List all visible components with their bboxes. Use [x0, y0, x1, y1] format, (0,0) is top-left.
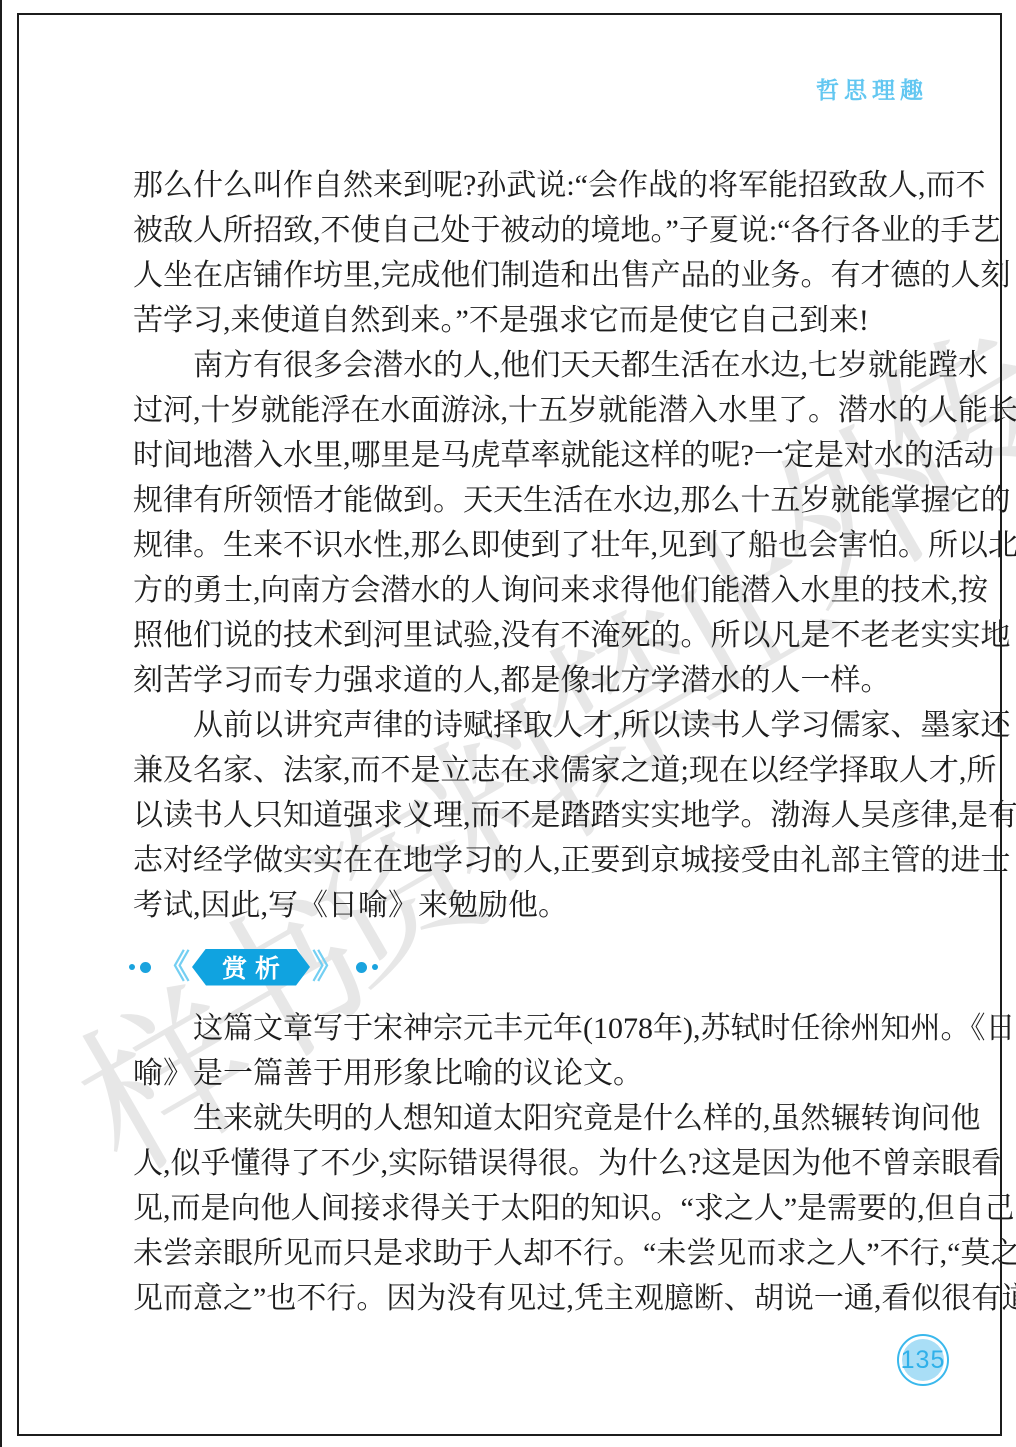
- text-line: 时间地潜入水里,哪里是马虎草率就能这样的呢?一定是对水的活动: [133, 433, 886, 478]
- right-chevron-icon: 》: [312, 949, 345, 985]
- text-line: 志对经学做实实在在地学习的人,正要到京城接受由礼部主管的进士: [133, 838, 886, 883]
- page-number-circle-fill: 135: [902, 1339, 944, 1381]
- text-line: 规律。生来不识水性,那么即使到了壮年,见到了船也会害怕。所以北: [133, 523, 886, 568]
- decor-dot-icon: [356, 962, 367, 973]
- text-line: 南方有很多会潜水的人,他们天天都生活在水边,七岁就能蹚水: [133, 343, 886, 388]
- text-line: 未尝亲眼所见而只是求助于人却不行。“未尝见而求之人”不行,“莫之: [133, 1231, 886, 1276]
- text-line: 刻苦学习而专力强求道的人,都是像北方学潜水的人一样。: [133, 658, 886, 703]
- text-line: 照他们说的技术到河里试验,没有不淹死的。所以凡是不老老实实地: [133, 613, 886, 658]
- text-line: 苦学习,来使道自然到来。”不是强求它而是使它自己到来!: [133, 298, 886, 343]
- text-line: 人,似乎懂得了不少,实际错误得很。为什么?这是因为他不曾亲眼看: [133, 1141, 886, 1186]
- text-line: 过河,十岁就能浮在水面游泳,十五岁就能潜入水里了。潜水的人能长: [133, 388, 886, 433]
- page-number: 135: [901, 1346, 946, 1375]
- analysis-badge-label: 赏析: [214, 949, 288, 985]
- text-line: 那么什么叫作自然来到呢?孙武说:“会作战的将军能招致敌人,而不: [133, 163, 886, 208]
- decor-dot-icon: [372, 964, 378, 970]
- text-line: 考试,因此,写《日喻》来勉励他。: [133, 883, 886, 928]
- text-line: 生来就失明的人想知道太阳究竟是什么样的,虽然辗转询问他: [133, 1096, 886, 1141]
- text-line: 兼及名家、法家,而不是立志在求儒家之道;现在以经学择取人才,所: [133, 748, 886, 793]
- text-line: 喻》是一篇善于用形象比喻的议论文。: [133, 1051, 886, 1096]
- decor-dot-icon: [140, 962, 151, 973]
- text-line: 以读书人只知道强求义理,而不是踏踏实实地学。渤海人吴彦律,是有: [133, 793, 886, 838]
- text-line: 被敌人所招致,不使自己处于被动的境地。”子夏说:“各行各业的手艺: [133, 208, 886, 253]
- body-text-before-badge: 那么什么叫作自然来到呢?孙武说:“会作战的将军能招致敌人,而不被敌人所招致,不使…: [133, 163, 886, 928]
- left-chevron-icon: 《: [157, 949, 190, 985]
- text-line: 见而意之”也不行。因为没有见过,凭主观臆断、胡说一通,看似很有道: [133, 1276, 886, 1321]
- analysis-badge: 赏析: [192, 949, 310, 986]
- text-column: 那么什么叫作自然来到呢?孙武说:“会作战的将军能招致敌人,而不被敌人所招致,不使…: [133, 163, 886, 1321]
- text-line: 规律有所领悟才能做到。天天生活在水边,那么十五岁就能掌握它的: [133, 478, 886, 523]
- book-page: 样书资料禁止外传 哲思理趣 那么什么叫作自然来到呢?孙武说:“会作战的将军能招致…: [0, 0, 1016, 1447]
- text-line: 见,而是向他人间接求得关于太阳的知识。“求之人”是需要的,但自己: [133, 1186, 886, 1231]
- page-number-circle: 135: [897, 1334, 949, 1386]
- running-head: 哲思理趣: [816, 72, 928, 105]
- decor-dot-icon: [129, 964, 135, 970]
- text-line: 人坐在店铺作坊里,完成他们制造和出售产品的业务。有才德的人刻: [133, 253, 886, 298]
- text-line: 方的勇士,向南方会潜水的人询问来求得他们能潜入水里的技术,按: [133, 568, 886, 613]
- body-text-after-badge: 这篇文章写于宋神宗元丰元年(1078年),苏轼时任徐州知州。《日喻》是一篇善于用…: [133, 1006, 886, 1321]
- text-line: 从前以讲究声律的诗赋择取人才,所以读书人学习儒家、墨家还: [133, 703, 886, 748]
- scan-edge-line: [0, 0, 2, 1447]
- analysis-badge-row: 《 赏析 》: [129, 928, 886, 1006]
- text-line: 这篇文章写于宋神宗元丰元年(1078年),苏轼时任徐州知州。《日: [133, 1006, 886, 1051]
